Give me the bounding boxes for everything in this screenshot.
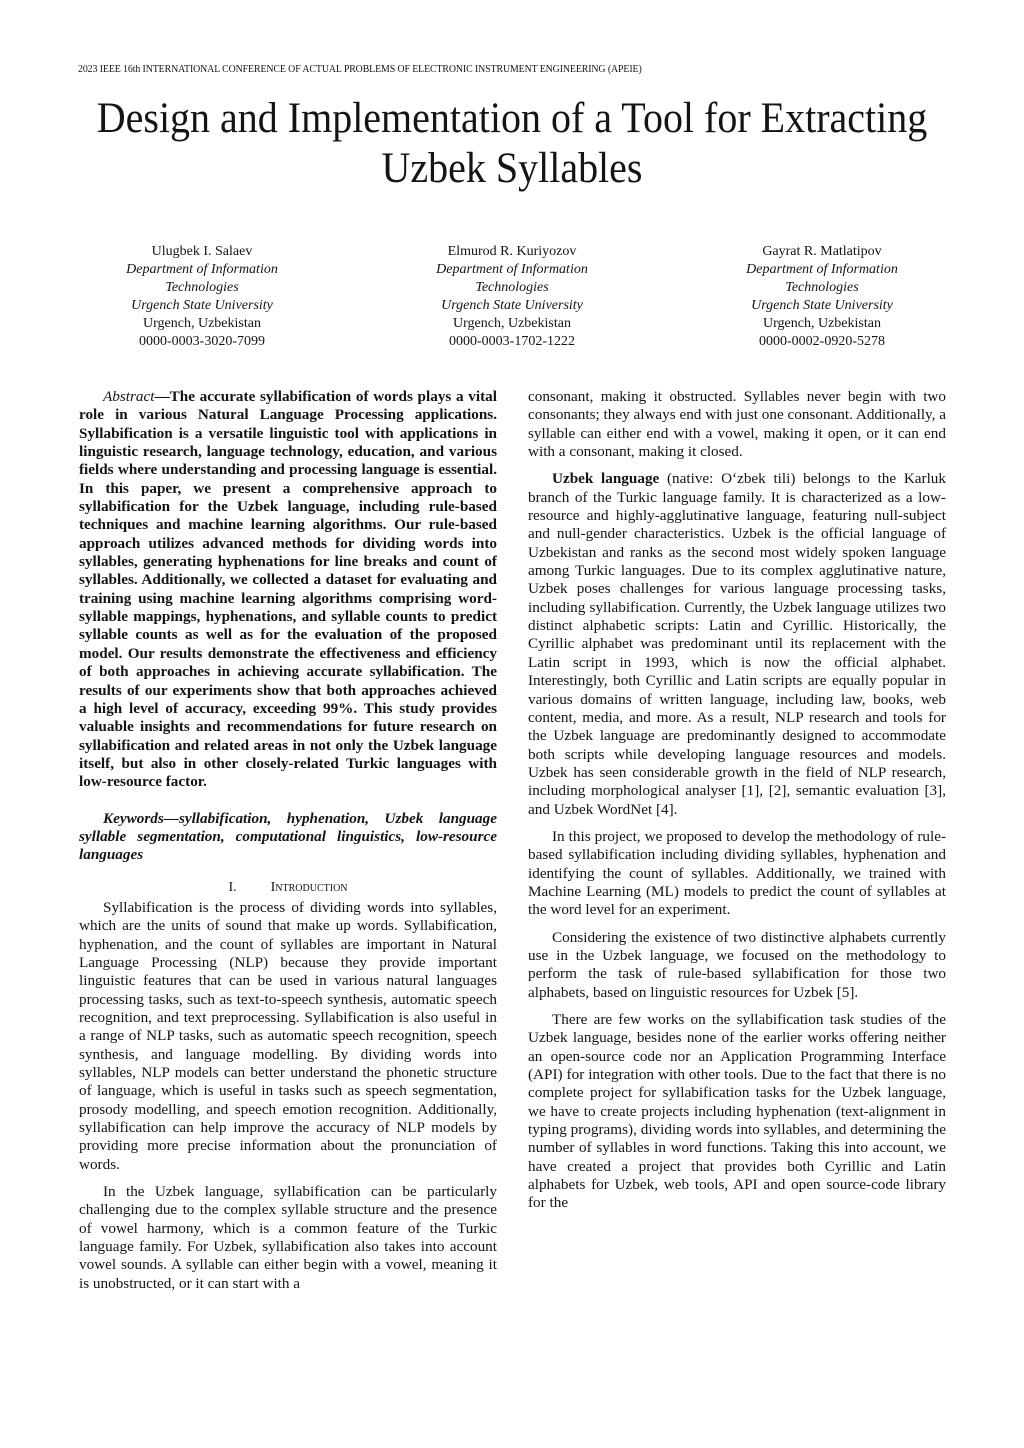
- author-university: Urgench State University: [357, 297, 667, 315]
- author-3: Gayrat R. Matlatipov Department of Infor…: [667, 243, 977, 351]
- section-title: Introduction: [271, 880, 348, 895]
- intro-paragraph-prior-work: There are few works on the syllabificati…: [528, 1011, 946, 1213]
- author-department: Department of Information: [47, 261, 357, 279]
- author-name: Gayrat R. Matlatipov: [667, 243, 977, 261]
- author-university: Urgench State University: [667, 297, 977, 315]
- intro-paragraph-1: Syllabification is the process of dividi…: [79, 899, 497, 1174]
- author-department: Department of Information: [357, 261, 667, 279]
- intro-paragraph-project: In this project, we proposed to develop …: [528, 828, 946, 920]
- abstract-label: Abstract: [103, 388, 154, 405]
- author-2: Elmurod R. Kuriyozov Department of Infor…: [357, 243, 667, 351]
- author-location: Urgench, Uzbekistan: [47, 315, 357, 333]
- intro-paragraph-alphabets: Considering the existence of two distinc…: [528, 929, 946, 1002]
- title-line-1: Design and Implementation of a Tool for …: [36, 94, 988, 144]
- author-1: Ulugbek I. Salaev Department of Informat…: [47, 243, 357, 351]
- right-column: consonant, making it obstructed. Syllabl…: [528, 388, 946, 1213]
- abstract-dash: —: [154, 388, 169, 405]
- author-department-2: Technologies: [667, 279, 977, 297]
- left-column: Abstract—The accurate syllabification of…: [79, 388, 497, 1293]
- title-line-2: Uzbek Syllables: [36, 144, 988, 194]
- conference-header: 2023 IEEE 16th INTERNATIONAL CONFERENCE …: [78, 64, 887, 75]
- author-location: Urgench, Uzbekistan: [667, 315, 977, 333]
- author-orcid: 0000-0003-1702-1222: [357, 333, 667, 351]
- author-orcid: 0000-0002-0920-5278: [667, 333, 977, 351]
- author-university: Urgench State University: [47, 297, 357, 315]
- author-orcid: 0000-0003-3020-7099: [47, 333, 357, 351]
- author-department: Department of Information: [667, 261, 977, 279]
- abstract: Abstract—The accurate syllabification of…: [79, 388, 497, 792]
- intro-paragraph-2: In the Uzbek language, syllabification c…: [79, 1183, 497, 1293]
- author-name: Ulugbek I. Salaev: [47, 243, 357, 261]
- abstract-text: The accurate syllabification of words pl…: [79, 388, 497, 790]
- author-block: Ulugbek I. Salaev Department of Informat…: [47, 243, 977, 351]
- author-department-2: Technologies: [47, 279, 357, 297]
- author-department-2: Technologies: [357, 279, 667, 297]
- author-location: Urgench, Uzbekistan: [357, 315, 667, 333]
- section-heading-introduction: I.Introduction: [79, 879, 497, 897]
- uzbek-language-term: Uzbek language: [552, 470, 659, 487]
- section-number: I.: [228, 880, 236, 895]
- uzbek-language-text: (native: O‘zbek tili) belongs to the Kar…: [528, 470, 946, 817]
- keywords-label: Keywords—: [103, 810, 179, 827]
- paper-title: Design and Implementation of a Tool for …: [36, 94, 988, 194]
- intro-paragraph-2-continued: consonant, making it obstructed. Syllabl…: [528, 388, 946, 461]
- keywords: Keywords—syllabification, hyphenation, U…: [79, 810, 497, 865]
- uzbek-language-paragraph: Uzbek language (native: O‘zbek tili) bel…: [528, 470, 946, 819]
- author-name: Elmurod R. Kuriyozov: [357, 243, 667, 261]
